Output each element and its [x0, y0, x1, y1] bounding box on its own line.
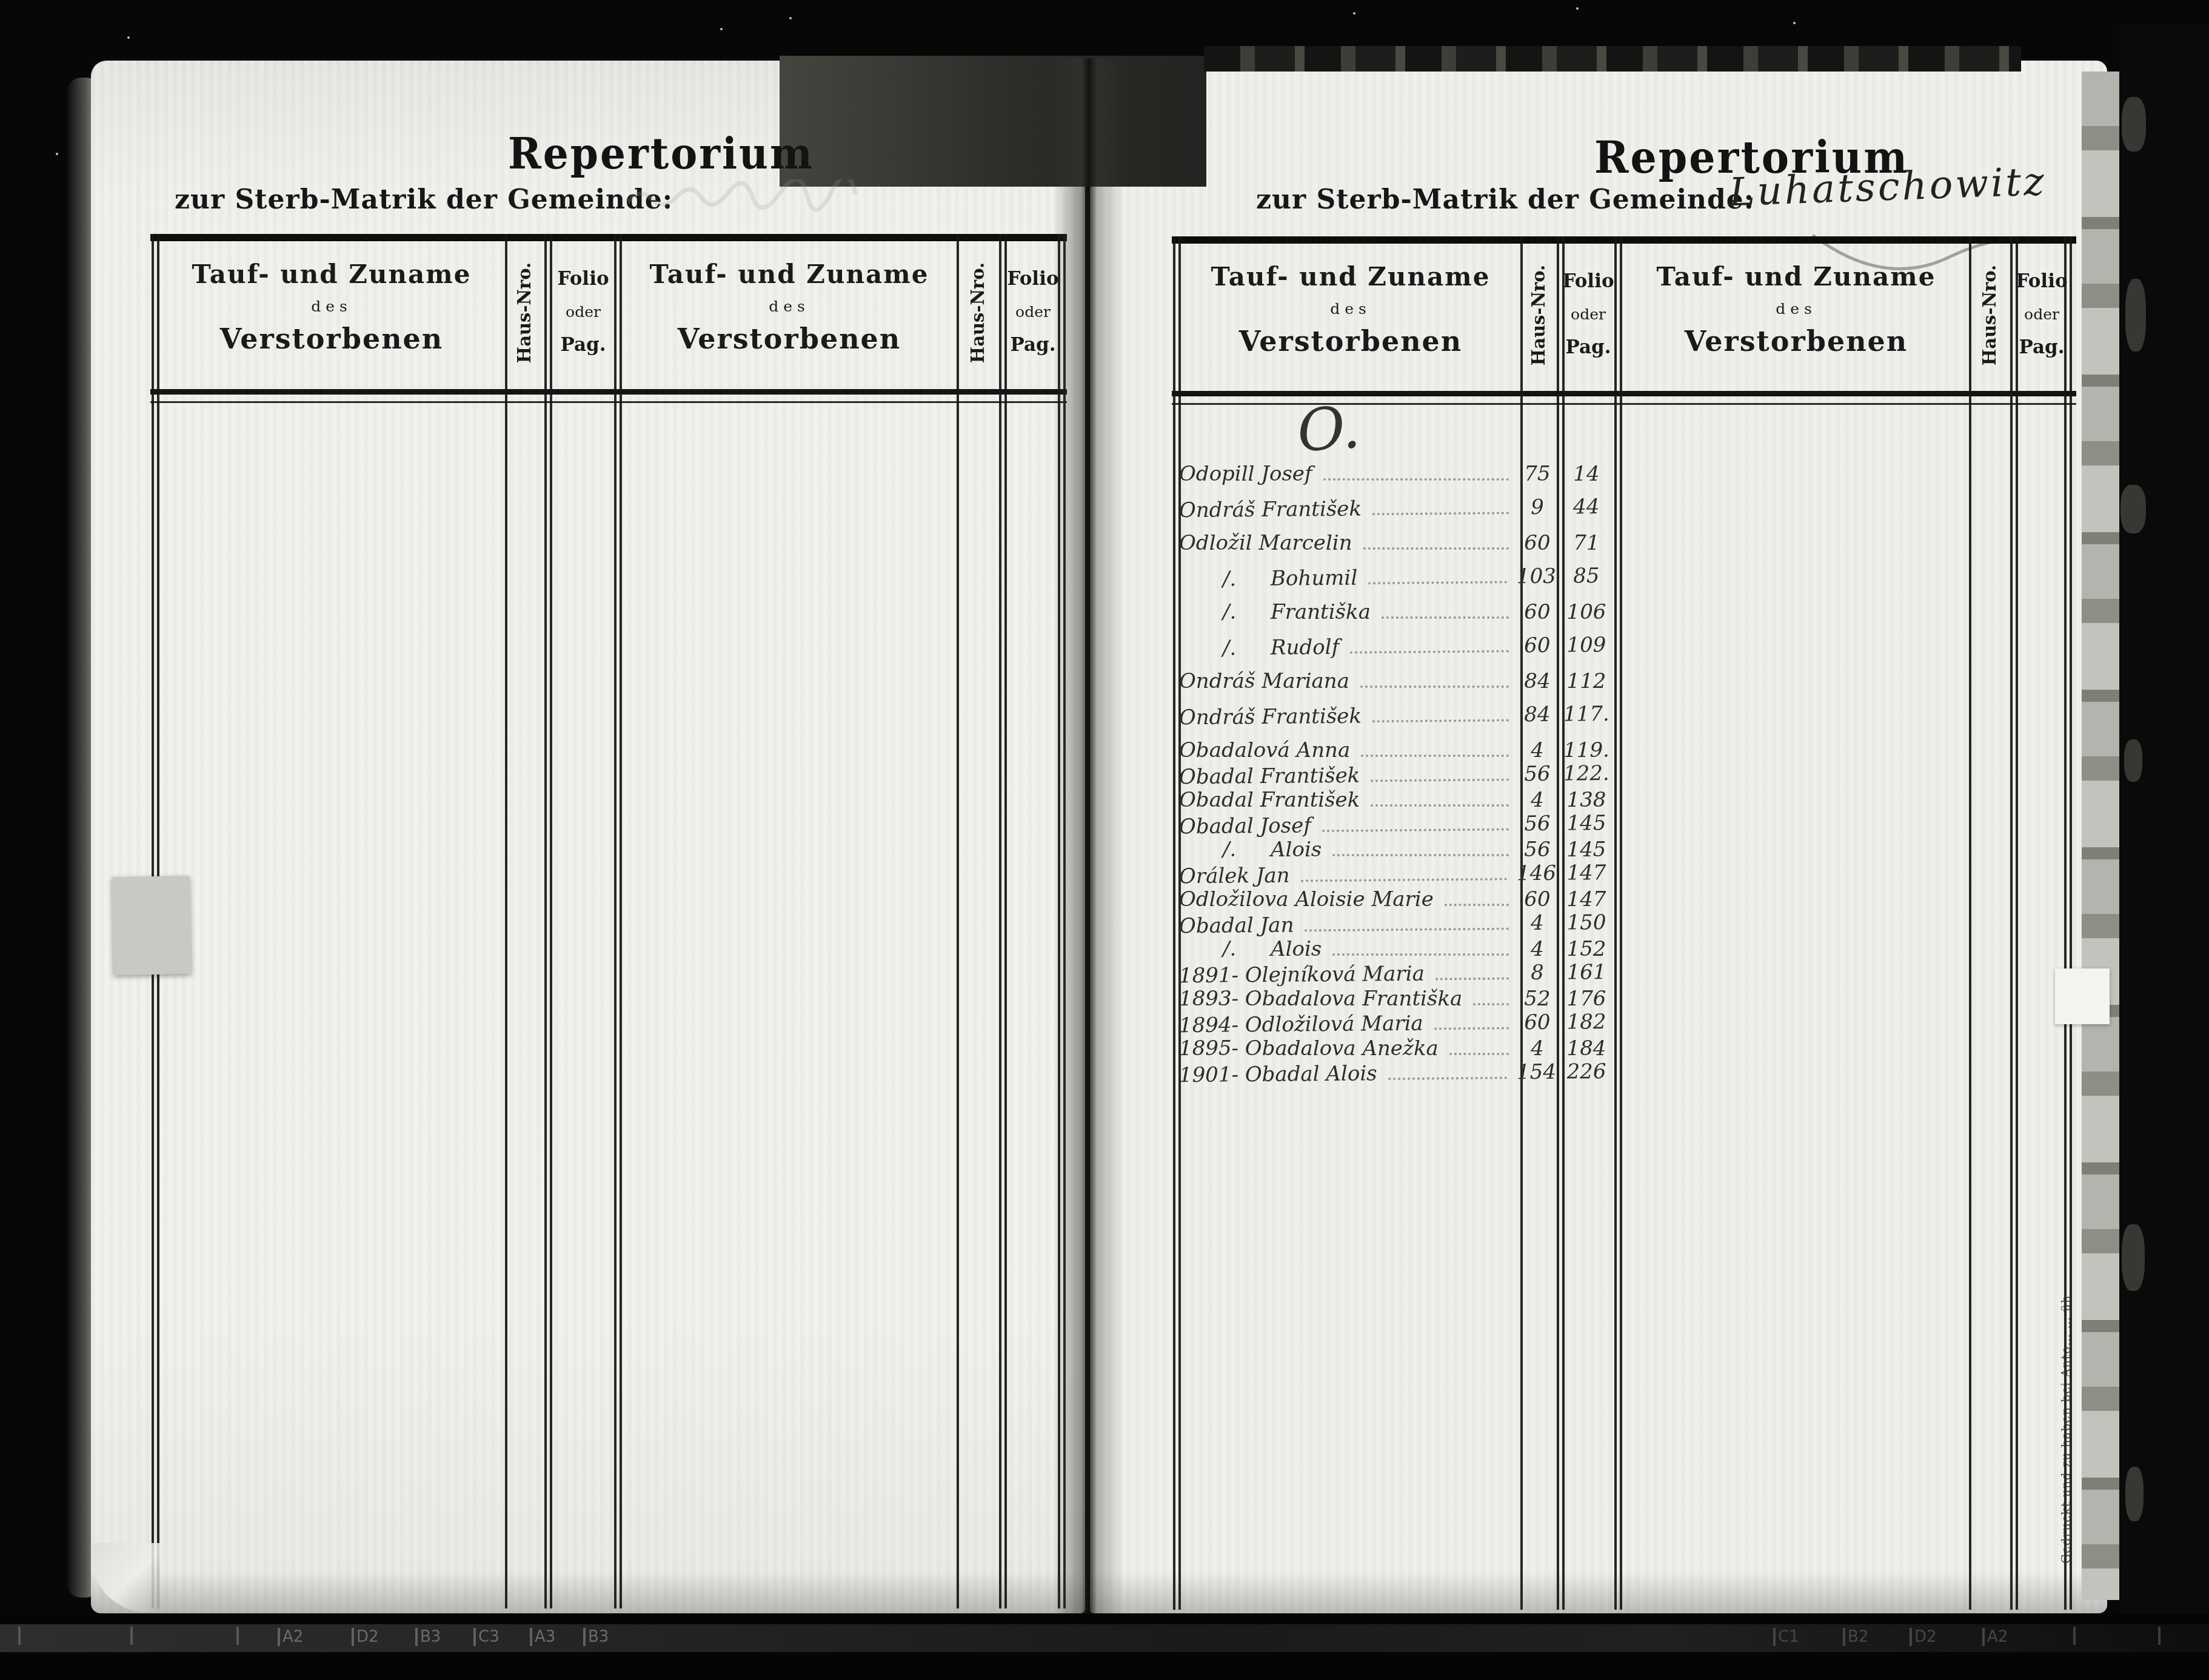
entry-folio: 152	[1556, 937, 1617, 961]
entry-name: /. Františka	[1179, 600, 1371, 624]
entry-folio: 112	[1556, 669, 1617, 693]
entry-row: Ondráš František 9 44	[1179, 495, 1617, 533]
dotted-leader	[1434, 1027, 1509, 1030]
entry-name: Obadalová Anna	[1179, 738, 1350, 762]
entry-row: 1894- Odložilová Maria 60 182	[1179, 1010, 1617, 1038]
entry-haus-nro: 84	[1519, 669, 1556, 693]
entry-folio: 138	[1556, 788, 1617, 812]
entry-name: Ondráš František	[1179, 704, 1362, 730]
entry-name: Ondráš Mariana	[1179, 669, 1349, 693]
entry-haus-nro: 56	[1519, 838, 1556, 862]
ruler-label: B3	[583, 1628, 609, 1646]
entry-row: Obadalová Anna 4 119.	[1179, 738, 1617, 763]
entry-name: 1891- Olejníková Maria	[1179, 962, 1425, 988]
entry-folio: 147	[1556, 861, 1617, 885]
entry-name: Obadal Jan	[1179, 913, 1294, 938]
ink-bleed-scribble	[624, 179, 885, 216]
entry-name: 1895- Obadalova Anežka	[1179, 1036, 1439, 1061]
entry-folio: 71	[1556, 531, 1617, 555]
dotted-leader	[1449, 1053, 1509, 1055]
entry-name: 1894- Odložilová Maria	[1179, 1012, 1423, 1038]
entry-row: Obadal Jan 4 150	[1179, 910, 1617, 939]
entry-folio: 106	[1556, 600, 1617, 624]
ruler-label: A2	[1982, 1628, 2008, 1646]
entry-folio: 44	[1556, 495, 1617, 519]
entry-row: Odopill Josef 75 14	[1179, 462, 1617, 496]
entry-name: Ondráš František	[1179, 497, 1362, 523]
right-page-subtitle: zur Sterb-Matrik der Gemeinde:	[1256, 184, 1754, 215]
entry-name: /. Alois	[1179, 937, 1322, 961]
dotted-leader	[1350, 650, 1509, 653]
column-header-folio: Folio oder Pag.	[535, 268, 632, 356]
ruler-label: A3	[530, 1628, 555, 1646]
ruler-tick	[2158, 1627, 2161, 1645]
column-header-name: Tauf- und Zuname des Verstorbenen	[1193, 262, 1508, 358]
entry-row: 1891- Olejníková Maria 8 161	[1179, 960, 1617, 988]
entry-haus-nro: 9	[1519, 495, 1556, 520]
entry-folio: 184	[1556, 1036, 1617, 1061]
entry-haus-nro: 56	[1519, 812, 1556, 836]
column-header-folio: Folio oder Pag.	[1540, 270, 1637, 358]
left-table-grid	[150, 234, 1067, 1608]
ruler-label: D2	[352, 1628, 379, 1646]
entry-haus-nro: 84	[1519, 702, 1556, 727]
entry-row: Odložil Marcelin 60 71	[1179, 531, 1617, 565]
entry-folio: 109	[1556, 633, 1617, 658]
entry-row: Odložilova Aloisie Marie 60 147	[1179, 887, 1617, 912]
entry-haus-nro: 52	[1519, 987, 1556, 1011]
page-stack-dark-edge	[2119, 24, 2209, 1680]
entry-row: 1895- Obadalova Anežka 4 184	[1179, 1036, 1617, 1061]
entry-row: 1893- Obadalova Františka 52 176	[1179, 987, 1617, 1012]
film-ruler-band	[0, 1624, 2209, 1652]
entry-haus-nro: 8	[1519, 961, 1556, 985]
entry-row: Ondráš František 84 117.	[1179, 702, 1617, 740]
scanned-register-photo: Repertorium zur Sterb-Matrik der Gemeind…	[0, 0, 2209, 1680]
entry-haus-nro: 60	[1519, 531, 1556, 555]
ruler-label: B2	[1843, 1628, 1868, 1646]
column-header-folio: Folio oder Pag.	[984, 268, 1081, 356]
dotted-leader	[1372, 512, 1509, 515]
dotted-leader	[1305, 927, 1509, 932]
entry-folio: 117.	[1556, 702, 1617, 727]
entry-list: Odopill Josef 75 14 Ondráš František 9 4…	[1179, 462, 1617, 1086]
entry-haus-nro: 146	[1517, 861, 1556, 886]
dotted-leader	[1322, 828, 1509, 832]
dotted-leader	[1371, 778, 1509, 782]
entry-name: /. Bohumil	[1179, 566, 1358, 592]
entry-name: Odopill Josef	[1179, 462, 1312, 486]
ruler-label: D2	[1910, 1628, 1937, 1646]
entry-name: Obadal František	[1179, 788, 1360, 812]
ruler-label: B3	[415, 1628, 441, 1646]
dotted-leader	[1473, 1003, 1509, 1005]
entry-row: /. Bohumil 103 85	[1179, 564, 1617, 602]
entry-haus-nro: 60	[1519, 600, 1556, 624]
entry-folio: 182	[1556, 1010, 1617, 1035]
dotted-leader	[1445, 904, 1509, 906]
entry-folio: 119.	[1556, 738, 1617, 762]
dotted-leader	[1363, 547, 1509, 550]
entry-folio: 150	[1556, 910, 1617, 935]
dotted-leader	[1361, 755, 1509, 757]
section-letter: O.	[1295, 393, 1362, 465]
ruler-tick	[130, 1627, 133, 1645]
entry-haus-nro: 4	[1519, 738, 1556, 762]
entry-name: 1893- Obadalova Františka	[1179, 987, 1462, 1011]
entry-name: 1901- Obadal Alois	[1179, 1061, 1377, 1087]
archive-tab-left	[112, 876, 192, 975]
entry-folio: 147	[1556, 887, 1617, 912]
dotted-leader	[1323, 478, 1509, 481]
dotted-leader	[1360, 685, 1509, 688]
entry-name: Odložilova Aloisie Marie	[1179, 887, 1434, 912]
entry-haus-nro: 4	[1519, 911, 1556, 936]
entry-folio: 85	[1556, 564, 1617, 588]
entry-row: Obadal František 56 122.	[1179, 761, 1617, 790]
entry-haus-nro: 56	[1519, 762, 1556, 787]
entry-folio: 122.	[1556, 761, 1617, 786]
entry-name: Odložil Marcelin	[1179, 531, 1352, 555]
column-header-name: Tauf- und Zuname des Verstorbenen	[1636, 262, 1957, 358]
ruler-label: C1	[1773, 1628, 1799, 1646]
entry-haus-nro: 154	[1517, 1060, 1556, 1085]
entry-row: /. Rudolf 60 109	[1179, 633, 1617, 671]
entry-row: Orálek Jan 146 147	[1179, 861, 1617, 889]
entry-name: /. Alois	[1179, 838, 1322, 862]
ruler-tick	[18, 1627, 21, 1645]
dotted-leader	[1332, 953, 1509, 956]
entry-folio: 176	[1556, 987, 1617, 1011]
entry-haus-nro: 60	[1519, 1010, 1556, 1035]
entry-haus-nro: 60	[1519, 887, 1556, 912]
entry-name: Obadal František	[1179, 764, 1360, 790]
book-gutter-shadow	[780, 56, 1206, 187]
ruler-label: C3	[473, 1628, 500, 1646]
entry-row: /. Alois 4 152	[1179, 937, 1617, 962]
dotted-leader	[1301, 878, 1508, 882]
ruler-label: A2	[278, 1628, 303, 1646]
entry-folio: 145	[1556, 838, 1617, 862]
entry-folio: 161	[1556, 960, 1617, 985]
entry-name: Orálek Jan	[1179, 864, 1290, 889]
dotted-leader	[1371, 804, 1509, 807]
entry-row: /. Františka 60 106	[1179, 600, 1617, 635]
entry-row: Obadal František 4 138	[1179, 788, 1617, 813]
entry-haus-nro: 75	[1519, 462, 1556, 486]
entry-haus-nro: 60	[1519, 633, 1556, 658]
entry-haus-nro: 103	[1517, 564, 1556, 589]
entry-name: /. Rudolf	[1179, 635, 1340, 661]
ruler-tick	[2073, 1627, 2076, 1645]
entry-row: Ondráš Mariana 84 112	[1179, 669, 1617, 704]
dotted-leader	[1372, 719, 1509, 722]
dotted-leader	[1332, 854, 1509, 856]
dotted-leader	[1435, 977, 1509, 980]
entry-row: /. Alois 56 145	[1179, 838, 1617, 862]
dotted-leader	[1368, 581, 1507, 584]
printer-imprint-vertical: Gedruckt und zu haben bei Anto… … üh	[2059, 1232, 2084, 1564]
entry-folio: 145	[1556, 811, 1617, 836]
entry-folio: 226	[1556, 1059, 1617, 1084]
dotted-leader	[1382, 616, 1509, 619]
entry-row: 1901- Obadal Alois 154 226	[1179, 1059, 1617, 1088]
dotted-leader	[1388, 1076, 1507, 1080]
entry-folio: 14	[1556, 462, 1617, 486]
entry-row: Obadal Josef 56 145	[1179, 811, 1617, 839]
column-header-name: Tauf- und Zuname des Verstorbenen	[632, 259, 947, 355]
column-header-name: Tauf- und Zuname des Verstorbenen	[171, 259, 492, 355]
left-page-title: Repertorium	[508, 128, 787, 179]
page-block-edge-top	[1204, 46, 2021, 72]
entry-haus-nro: 4	[1519, 788, 1556, 812]
column-header-folio: Folio oder Pag.	[1993, 270, 2090, 358]
archive-tab-right	[2055, 968, 2110, 1024]
left-page-subtitle: zur Sterb-Matrik der Gemeinde:	[175, 184, 673, 215]
entry-haus-nro: 4	[1519, 1036, 1556, 1061]
ruler-tick	[236, 1627, 239, 1645]
entry-haus-nro: 4	[1519, 937, 1556, 961]
entry-name: Obadal Josef	[1179, 813, 1311, 839]
